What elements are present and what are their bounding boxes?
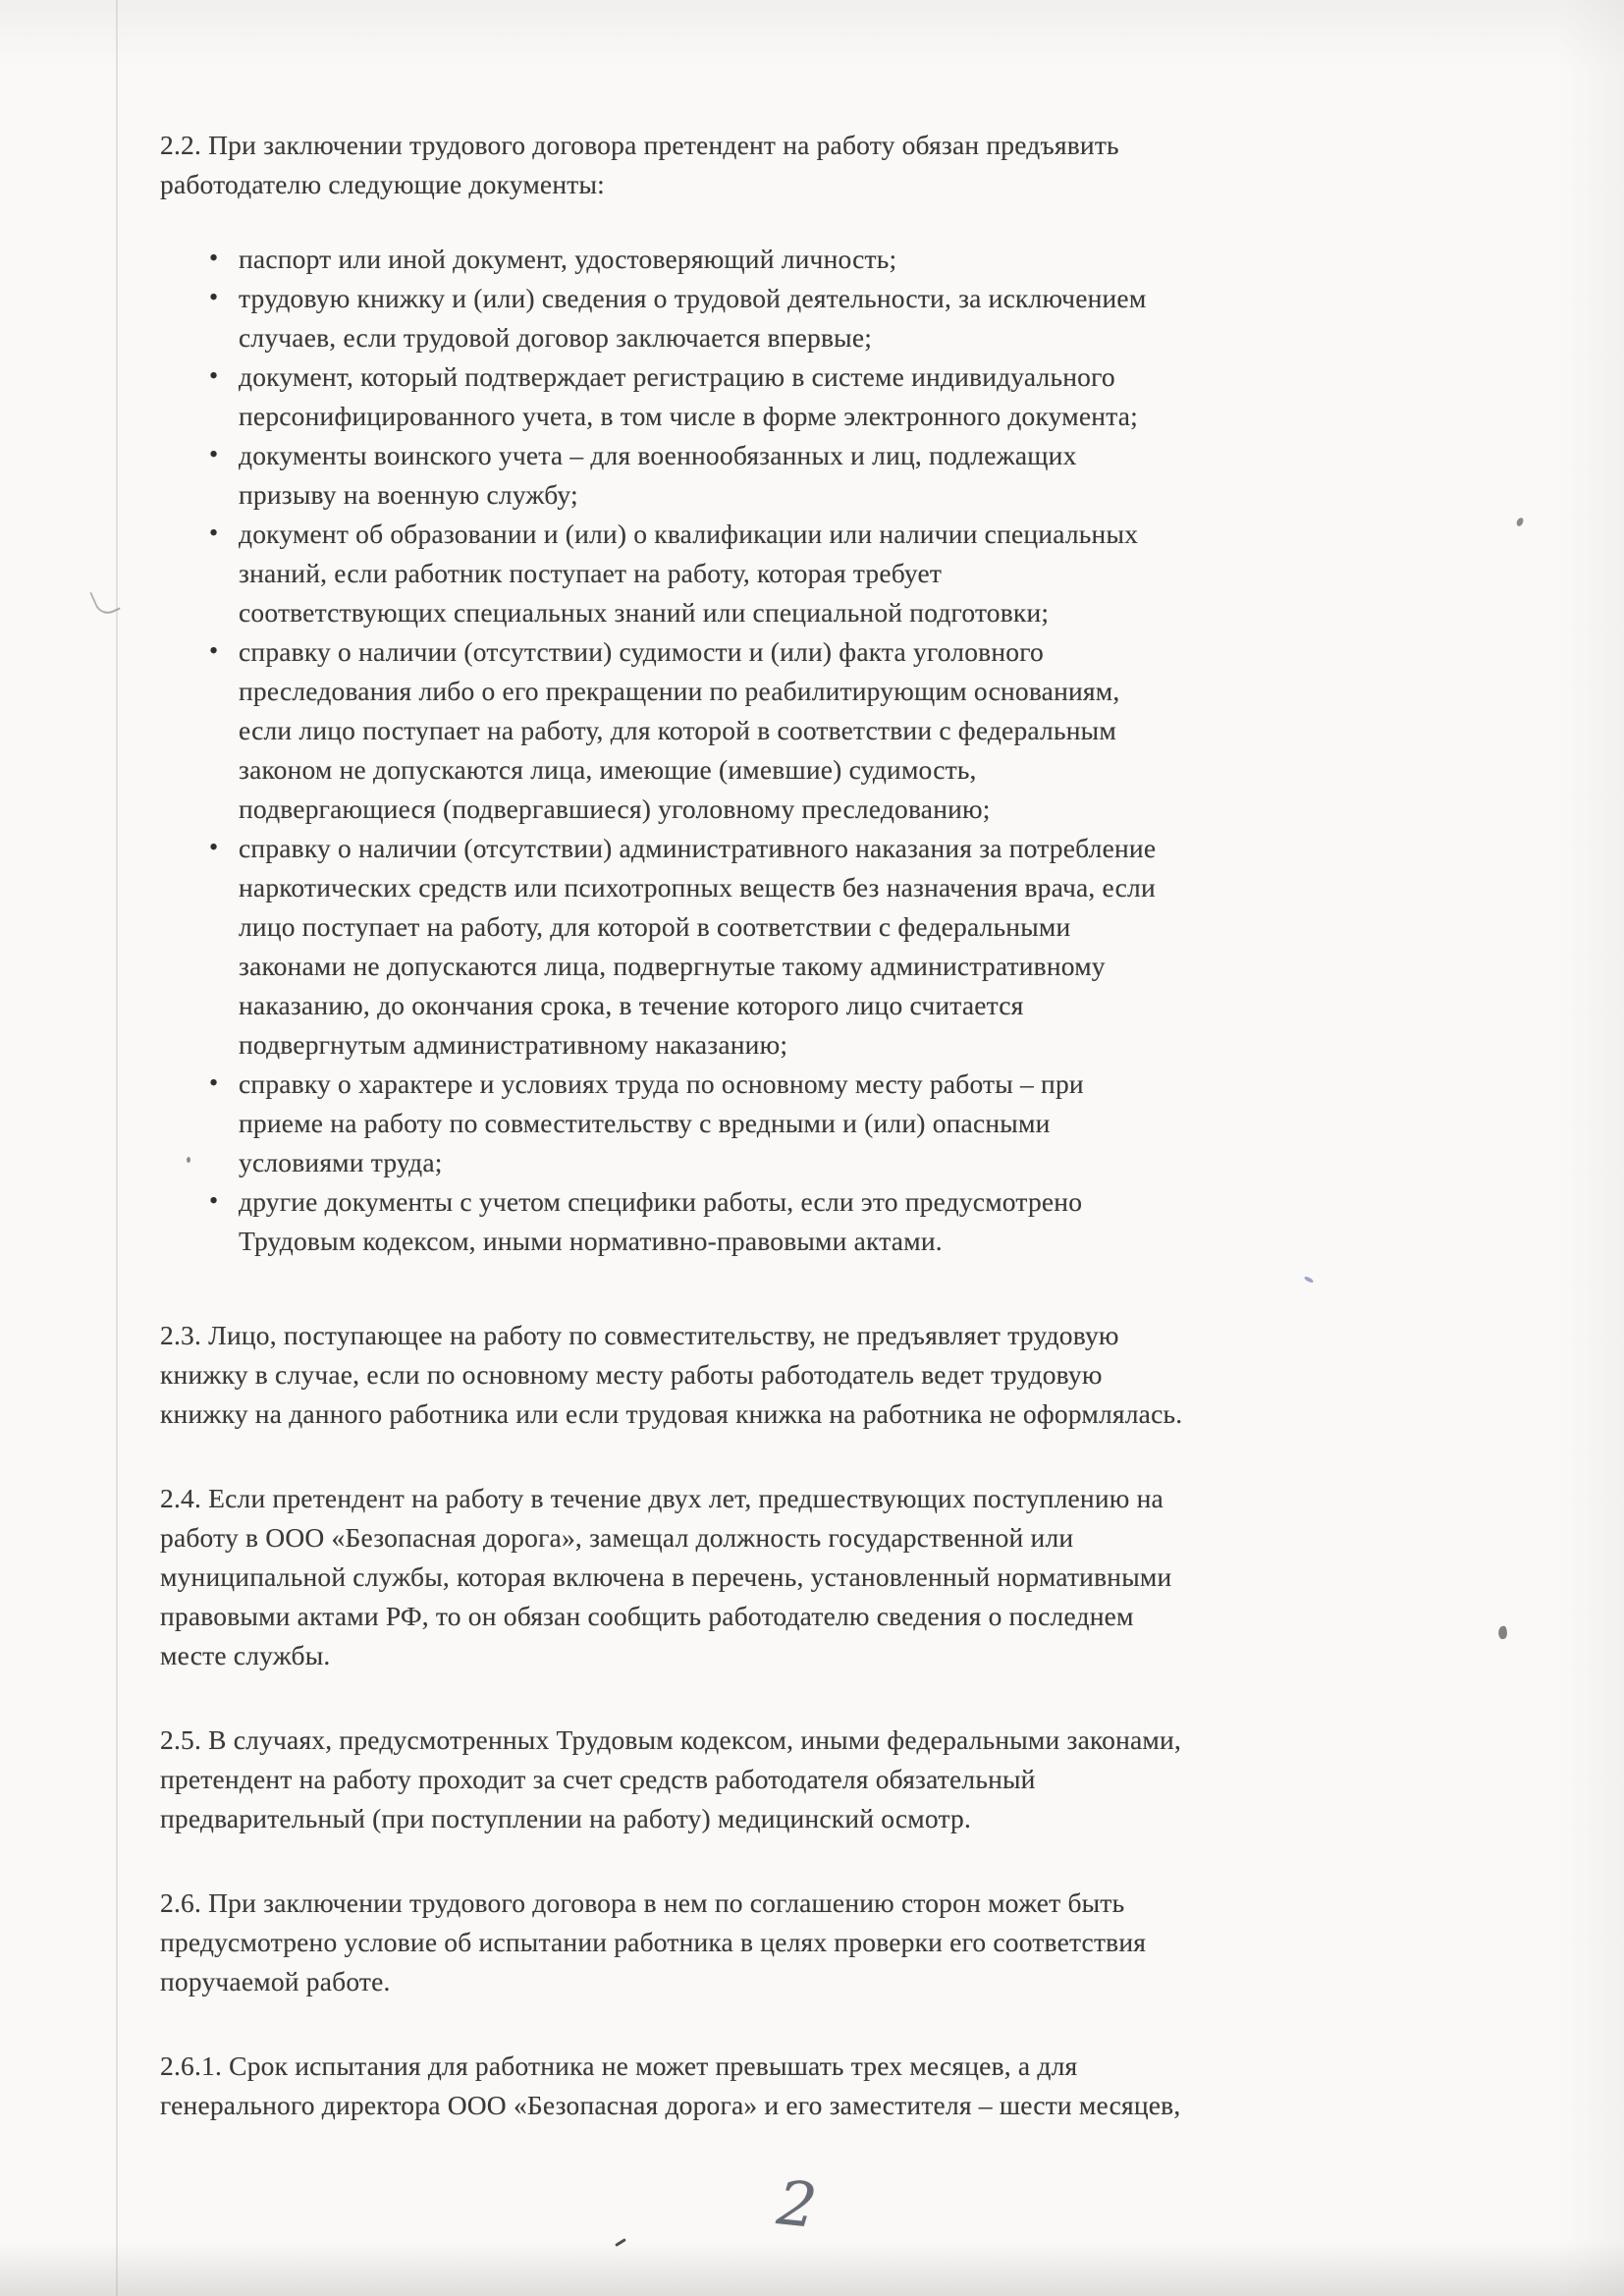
list-item: паспорт или иной документ, удостоверяющи… bbox=[209, 240, 1486, 279]
list-item-text: документы воинского учета – для военнооб… bbox=[239, 440, 1077, 510]
ink-speck-right-middle bbox=[1497, 1625, 1509, 1640]
list-item: документ, который подтверждает регистрац… bbox=[209, 357, 1486, 436]
paragraph-2-4: 2.4. Если претендент на работу в течение… bbox=[160, 1479, 1486, 1675]
list-item: трудовую книжку и (или) сведения о трудо… bbox=[209, 279, 1486, 357]
required-documents-list: паспорт или иной документ, удостоверяющи… bbox=[160, 240, 1486, 1261]
list-item-text: другие документы с учетом специфики рабо… bbox=[239, 1186, 1082, 1256]
list-item-text: справку о характере и условиях труда по … bbox=[239, 1068, 1084, 1177]
paragraph-2-6-1: 2.6.1. Срок испытания для работника не м… bbox=[160, 2047, 1486, 2125]
list-item-text: документ об образовании и (или) о квалиф… bbox=[239, 519, 1138, 628]
list-item: справку о характере и условиях труда по … bbox=[209, 1065, 1486, 1182]
list-item-text: справку о наличии (отсутствии) судимости… bbox=[239, 636, 1119, 824]
scanned-page: 2.2. При заключении трудового договора п… bbox=[0, 0, 1624, 2296]
scan-edge-line bbox=[116, 0, 118, 2296]
document-body: 2.2. При заключении трудового договора п… bbox=[160, 126, 1486, 2125]
handwritten-page-number: 2 bbox=[774, 2166, 820, 2242]
list-item-text: трудовую книжку и (или) сведения о трудо… bbox=[239, 283, 1146, 353]
list-item-text: паспорт или иной документ, удостоверяющи… bbox=[239, 244, 896, 274]
list-item: другие документы с учетом специфики рабо… bbox=[209, 1182, 1486, 1261]
paragraph-2-3: 2.3. Лицо, поступающее на работу по совм… bbox=[160, 1316, 1486, 1434]
paragraph-2-5: 2.5. В случаях, предусмотренных Трудовым… bbox=[160, 1721, 1486, 1838]
list-item: документ об образовании и (или) о квалиф… bbox=[209, 515, 1486, 632]
list-item: документы воинского учета – для военнооб… bbox=[209, 436, 1486, 515]
paragraph-2-2: 2.2. При заключении трудового договора п… bbox=[160, 126, 1486, 204]
list-item: справку о наличии (отсутствии) администр… bbox=[209, 829, 1486, 1065]
ink-speck-right-top bbox=[1516, 517, 1524, 526]
list-item: справку о наличии (отсутствии) судимости… bbox=[209, 632, 1486, 829]
pen-tick-bottom bbox=[615, 2238, 626, 2247]
list-item-text: справку о наличии (отсутствии) администр… bbox=[239, 833, 1156, 1060]
list-item-text: документ, который подтверждает регистрац… bbox=[239, 361, 1138, 431]
paragraph-2-6: 2.6. При заключении трудового договора в… bbox=[160, 1884, 1486, 2001]
